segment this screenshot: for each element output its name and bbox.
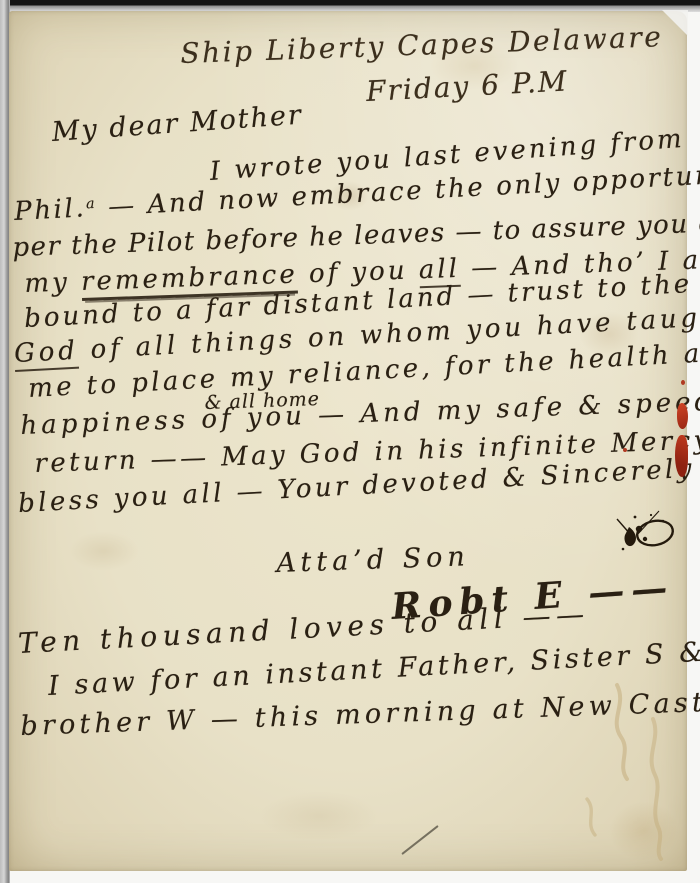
paper-corner-notch xyxy=(662,10,688,36)
paper-stain xyxy=(259,791,379,841)
closing-line: Atta’d Son xyxy=(276,541,470,579)
heading-date-line: Friday 6 P.M xyxy=(365,64,569,108)
salutation: My dear Mother xyxy=(51,100,304,148)
pencil-mark xyxy=(401,825,438,855)
letter-page: Ship Liberty Capes Delaware Friday 6 P.M… xyxy=(9,11,687,871)
red-ink-speck xyxy=(623,448,627,452)
letter-scan: Ship Liberty Capes Delaware Friday 6 P.M… xyxy=(0,0,700,883)
word-segment: my xyxy=(24,267,82,299)
red-ink-speck xyxy=(681,380,685,385)
paper-stain xyxy=(69,531,139,571)
heading-place-line: Ship Liberty Capes Delaware xyxy=(180,20,664,70)
underlined-word: God xyxy=(13,336,79,372)
wax-seal-remnant xyxy=(677,403,688,429)
ink-bleed-through xyxy=(557,679,687,864)
ink-blot xyxy=(615,505,679,557)
wax-seal-remnant xyxy=(675,435,688,477)
word-segment: Phil. xyxy=(13,193,87,227)
